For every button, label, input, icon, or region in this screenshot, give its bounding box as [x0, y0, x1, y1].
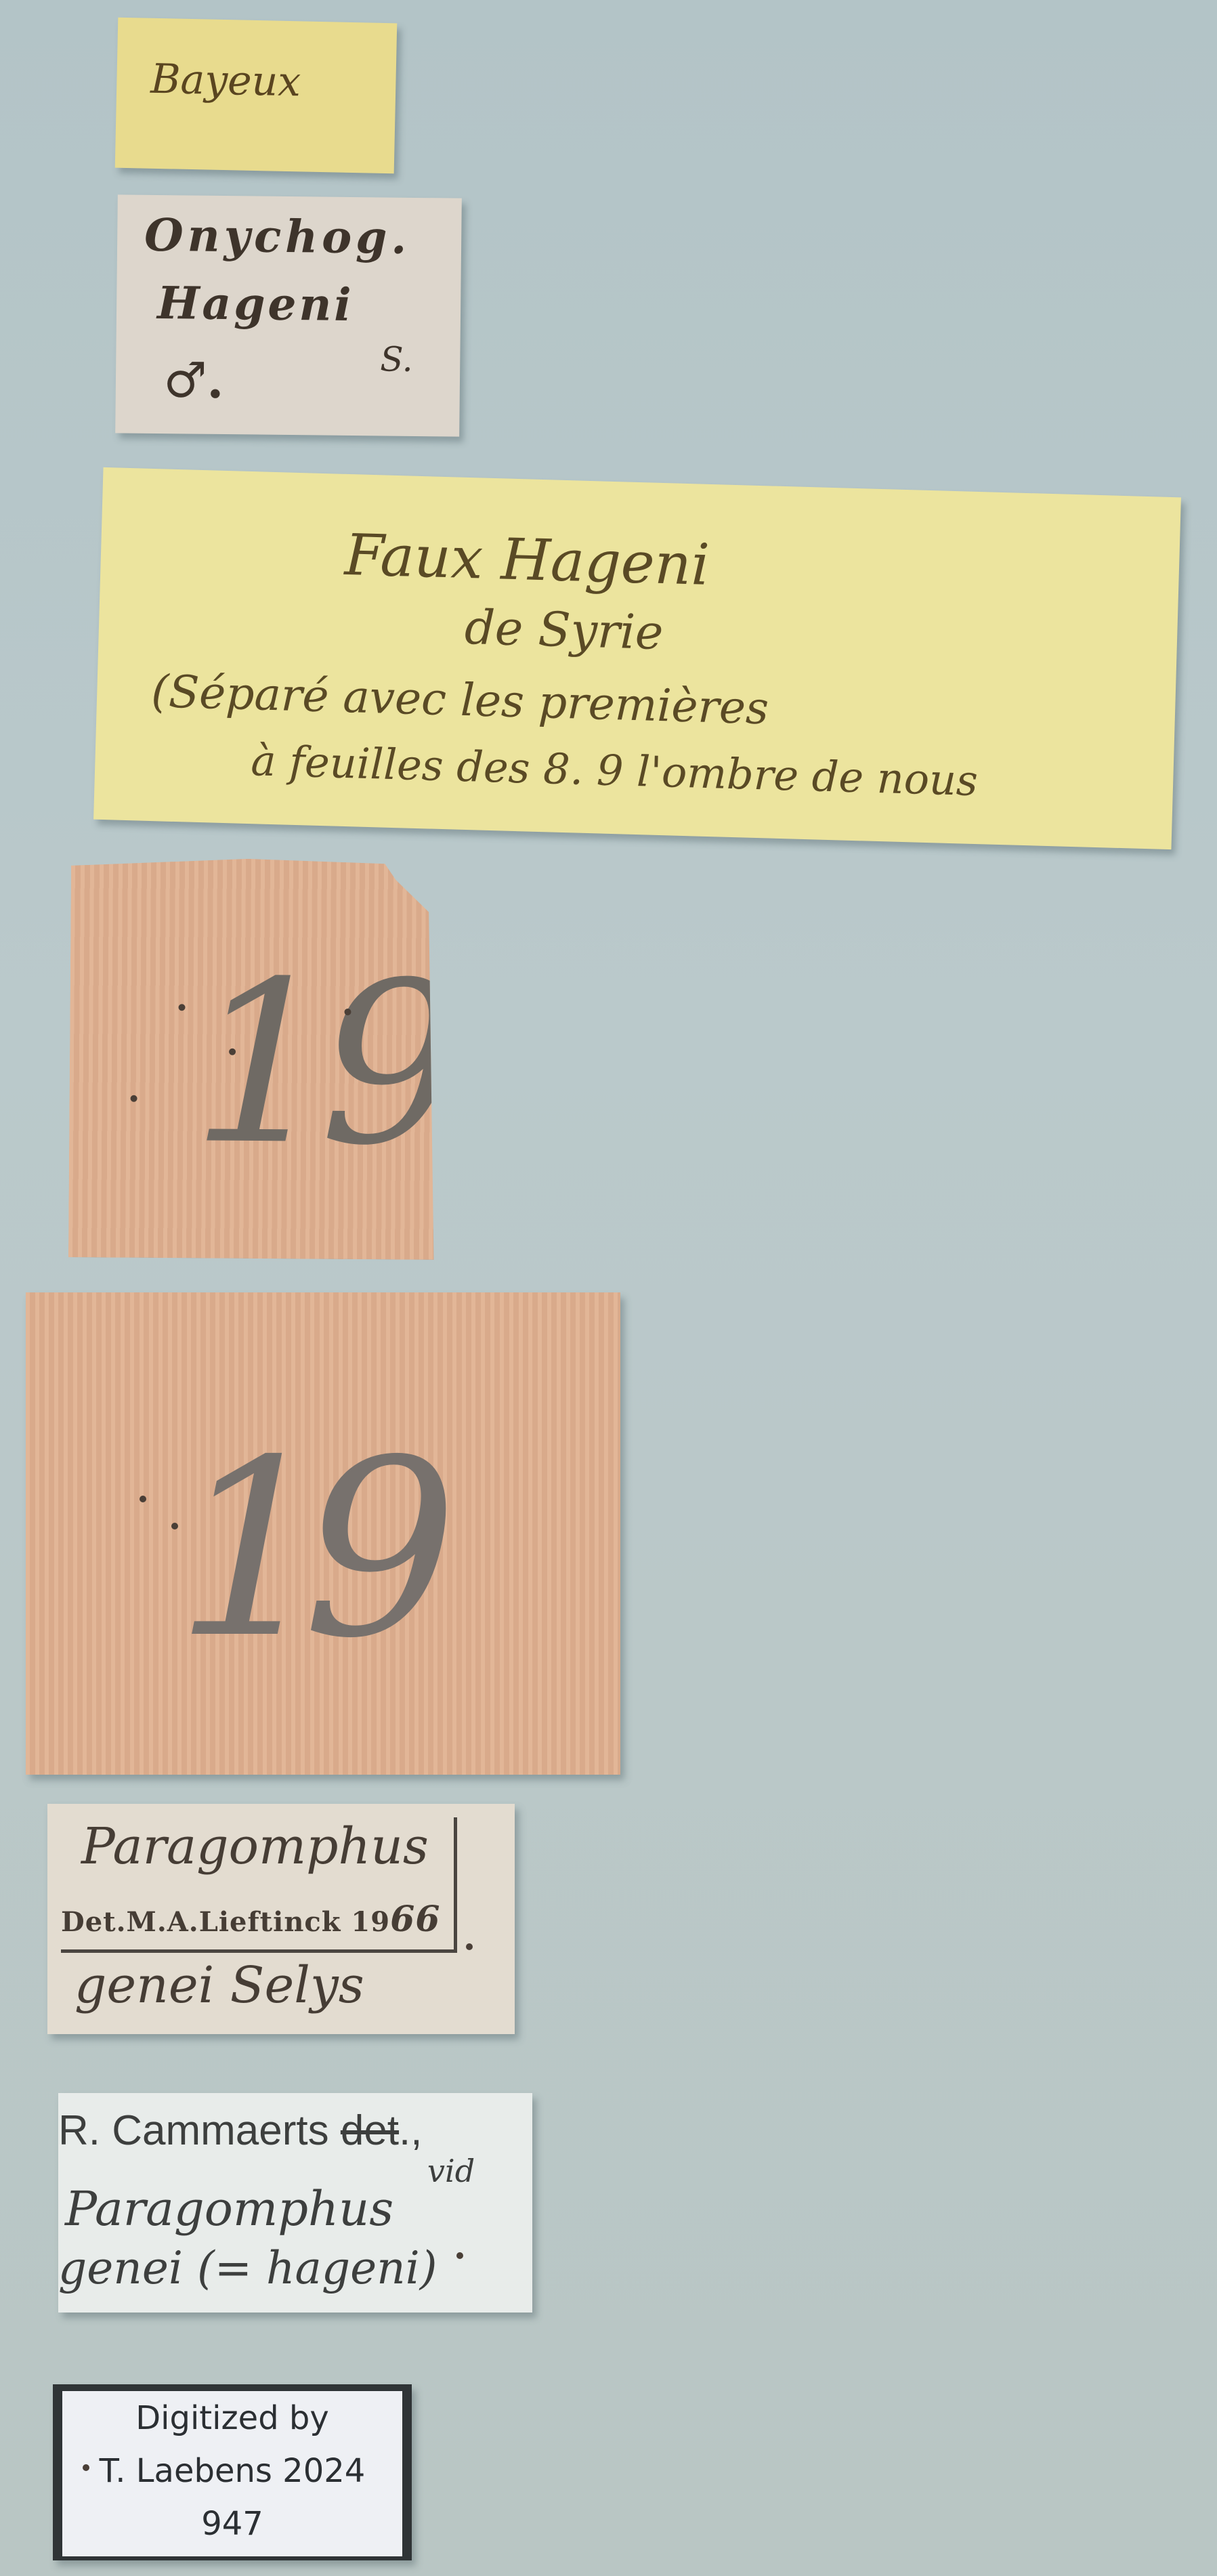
pin-hole: [466, 1943, 473, 1950]
genus-text: Paragomphus: [81, 1817, 429, 1876]
determiner-text: Det.M.A.Lieftinck 1966: [61, 1899, 440, 1940]
number-label-small: 19: [68, 858, 440, 1260]
locality-label: Bayeux: [115, 18, 398, 174]
genus-text: Paragomphus: [65, 2181, 393, 2237]
digitization-label: Digitized by T. Laebens 2024 947: [53, 2384, 412, 2560]
number-text: 19: [191, 933, 450, 1195]
author-initial-text: S.: [380, 339, 413, 379]
vid-correction-text: vid: [427, 2153, 475, 2189]
determiner-name: R. Cammaerts: [58, 2107, 329, 2154]
cammaerts-determination-label: R. Cammaerts det., vid Paragomphus genei…: [58, 2093, 532, 2313]
genus-abbrev-text: Onychog.: [144, 209, 411, 264]
handwritten-note-label: Faux Hageni de Syrie (Séparé avec les pr…: [93, 467, 1181, 849]
male-symbol-icon: ♂.: [163, 351, 225, 409]
number-text: 19: [175, 1408, 431, 1691]
pin-hole: [178, 1004, 185, 1011]
note-line-3: (Séparé avec les premières: [150, 665, 769, 734]
note-line-1: Faux Hageni: [344, 522, 710, 598]
locality-text: Bayeux: [150, 56, 301, 106]
pin-hole: [83, 2464, 89, 2471]
digitizer-name-year: T. Laebens 2024: [62, 2452, 402, 2490]
number-label-large: 19: [26, 1292, 620, 1775]
pin-hole: [140, 1496, 146, 1502]
pin-hole: [344, 1009, 351, 1015]
lieftinck-determination-label: Paragomphus Det.M.A.Lieftinck 1966 genei…: [47, 1804, 515, 2034]
specimen-number: 947: [62, 2505, 402, 2543]
determination-box: Paragomphus Det.M.A.Lieftinck 1966: [61, 1817, 457, 1953]
det-suffix: .,: [399, 2107, 422, 2154]
species-text: genei Selys: [74, 1956, 364, 2014]
note-line-4: à feuilles des 8. 9 l'ombre de nous: [251, 736, 979, 805]
determination-year: 66: [390, 1899, 440, 1940]
identification-label: Onychog. Hageni ♂. S.: [115, 194, 462, 436]
species-text: Hageni: [157, 276, 354, 331]
pin-hole: [456, 2252, 463, 2259]
determiner-printed: Det.M.A.Lieftinck 19: [61, 1906, 390, 1938]
digitized-by-text: Digitized by: [62, 2399, 402, 2437]
determiner-printed: R. Cammaerts det.,: [58, 2107, 423, 2155]
note-line-2: de Syrie: [464, 599, 664, 660]
species-text: genei (= hageni): [58, 2242, 437, 2294]
pin-hole: [229, 1049, 236, 1055]
struck-det-text: det: [341, 2107, 399, 2154]
pin-hole: [131, 1095, 137, 1102]
pin-hole: [171, 1523, 178, 1529]
